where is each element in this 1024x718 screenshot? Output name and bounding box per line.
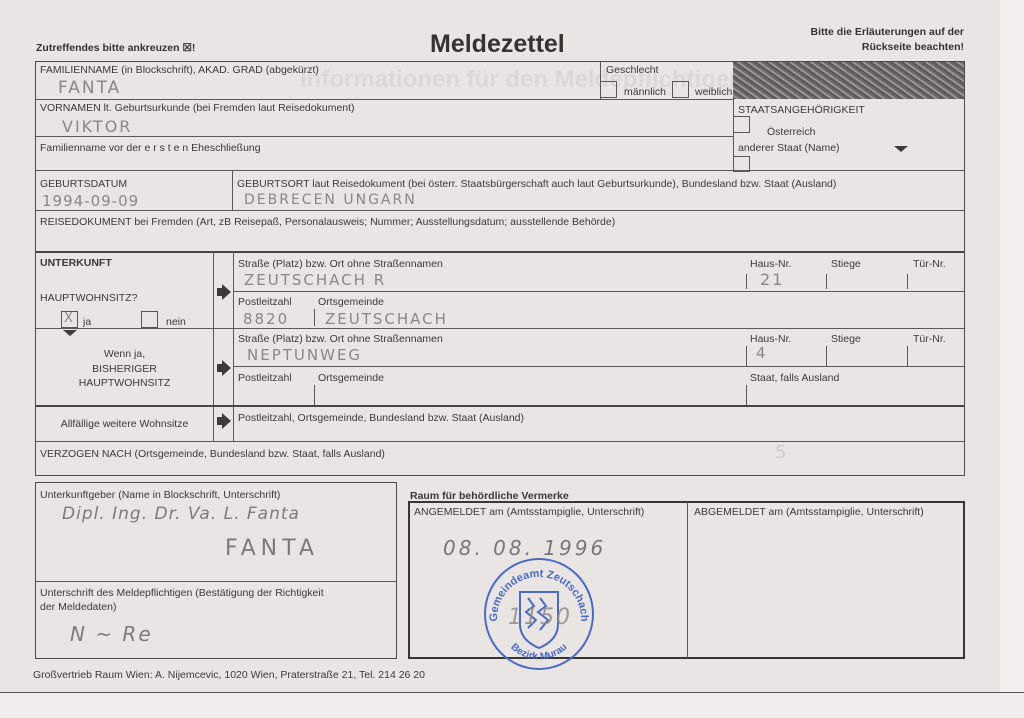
instruction-right-2: Rückseite beachten!	[862, 41, 964, 53]
anderer-staat-label: anderer Staat (Name)	[738, 142, 840, 154]
vornamen-value[interactable]: VIKTOR	[62, 117, 132, 136]
bisheriger-ortsgemeinde-label: Ortsgemeinde	[318, 372, 384, 384]
hauptwohnsitz-ja-mark: X	[64, 311, 73, 326]
instruction-right-1: Bitte die Erläuterungen auf der	[811, 26, 964, 38]
unterschrift-signature[interactable]: N ~ Re	[70, 622, 153, 646]
page-title: Meldezettel	[430, 30, 565, 59]
familienname-vor-ehe-label: Familienname vor der e r s t e n Eheschl…	[40, 142, 261, 154]
security-pattern	[733, 62, 964, 99]
bisheriger-label-2: BISHERIGER	[36, 363, 213, 375]
unterkunft-tuernr-label: Tür-Nr.	[913, 258, 946, 270]
maennlich-checkbox[interactable]	[600, 81, 617, 98]
verzogen-label: VERZOGEN NACH (Ortsgemeinde, Bundesland …	[40, 448, 385, 460]
abgemeldet-label: ABGEMELDET am (Amtsstampiglie, Unterschr…	[694, 506, 924, 518]
weiblich-checkbox[interactable]	[672, 81, 689, 98]
weitere-wohnsitze-label: Allfällige weitere Wohnsitze	[36, 418, 213, 430]
geburtsdatum-value[interactable]: 1994-09-09	[42, 192, 139, 210]
unterkunft-plz-value[interactable]: 8820	[243, 310, 289, 328]
unterkunft-plz-label: Postleitzahl	[238, 296, 292, 308]
angemeldet-label: ANGEMELDET am (Amtsstampiglie, Unterschr…	[414, 506, 644, 518]
vornamen-label: VORNAMEN lt. Geburtsurkunde (bei Fremden…	[40, 102, 355, 114]
hauptwohnsitz-label: HAUPTWOHNSITZ?	[40, 292, 137, 304]
unterkunft-hausnr-value[interactable]: 21	[760, 270, 784, 289]
instruction-left: Zutreffendes bitte ankreuzen ☒!	[36, 42, 195, 54]
oesterreich-checkbox[interactable]	[733, 116, 750, 133]
bisheriger-hausnr-value[interactable]: 4	[756, 344, 768, 362]
unterschrift-label-2: der Meldedaten)	[40, 601, 116, 613]
geburtsort-label: GEBURTSORT laut Reisedokument (bei öster…	[237, 178, 836, 190]
arrow-right-icon	[222, 284, 231, 300]
weiblich-label: weiblich	[695, 86, 732, 98]
meldezettel-form: Informationen für den Meldepflichtigen Z…	[0, 0, 1000, 692]
unterkunft-stiege-label: Stiege	[831, 258, 861, 270]
stamp-overwrite-signature: 1150	[508, 605, 572, 630]
hauptwohnsitz-nein-checkbox[interactable]	[141, 311, 158, 328]
unterkunft-label: UNTERKUNFT	[40, 257, 112, 269]
geburtsdatum-label: GEBURTSDATUM	[40, 178, 127, 190]
arrow-right-icon	[222, 360, 231, 376]
bisheriger-stiege-label: Stiege	[831, 333, 861, 345]
unterkunft-hausnr-label: Haus-Nr.	[750, 258, 791, 270]
unterkunftgeber-signature[interactable]: Dipl. Ing. Dr. Va. L. Fanta	[62, 504, 300, 524]
maennlich-label: männlich	[624, 86, 666, 98]
ja-label: ja	[83, 316, 91, 328]
reisedokument-label: REISEDOKUMENT bei Fremden (Art, zB Reise…	[40, 216, 615, 228]
unterkunft-ortsgemeinde-value[interactable]: ZEUTSCHACH	[325, 310, 448, 328]
bisheriger-strasse-value[interactable]: NEPTUNWEG	[247, 346, 362, 364]
bisheriger-staat-label: Staat, falls Ausland	[750, 372, 839, 384]
staatsangehoerigkeit-label: STAATSANGEHÖRIGKEIT	[738, 104, 865, 116]
weitere-wohnsitze-field-label: Postleitzahl, Ortsgemeinde, Bundesland b…	[238, 412, 524, 424]
scan-margin-bottom	[0, 692, 1024, 718]
oesterreich-label: Österreich	[767, 126, 815, 138]
unterkunftgeber-block-name[interactable]: FANTA	[225, 536, 319, 561]
nein-label: nein	[166, 316, 186, 328]
unterschrift-label-1: Unterschrift des Meldepflichtigen (Bestä…	[40, 587, 324, 599]
bisheriger-strasse-label: Straße (Platz) bzw. Ort ohne Straßenname…	[238, 333, 443, 345]
scan-margin-right	[1000, 0, 1024, 718]
angemeldet-date[interactable]: 08. 08. 1996	[443, 536, 606, 560]
unterkunft-strasse-value[interactable]: ZEUTSCHACH R	[244, 271, 386, 289]
footer-text: Großvertrieb Raum Wien: A. Nijemcevic, 1…	[33, 669, 425, 681]
unterkunft-strasse-label: Straße (Platz) bzw. Ort ohne Straßenname…	[238, 258, 443, 270]
geschlecht-label: Geschlecht	[606, 64, 659, 76]
down-arrow-icon	[63, 330, 77, 336]
unterkunftgeber-label: Unterkunftgeber (Name in Blockschrift, U…	[40, 489, 280, 501]
unterkunft-ortsgemeinde-label: Ortsgemeinde	[318, 296, 384, 308]
familienname-value[interactable]: FANTA	[58, 78, 121, 98]
bisheriger-tuernr-label: Tür-Nr.	[913, 333, 946, 345]
svg-text:Bezirk Murau: Bezirk Murau	[509, 642, 570, 663]
geburtsort-value[interactable]: DEBRECEN UNGARN	[244, 192, 417, 208]
arrow-right-icon	[222, 413, 231, 429]
down-arrow-icon	[894, 146, 908, 152]
bisheriger-plz-label: Postleitzahl	[238, 372, 292, 384]
familienname-label: FAMILIENNAME (in Blockschrift), AKAD. GR…	[40, 64, 319, 76]
bisheriger-label-1: Wenn ja,	[36, 348, 213, 360]
stray-mark: 5	[775, 442, 788, 463]
bisheriger-label-3: HAUPTWOHNSITZ	[36, 377, 213, 389]
